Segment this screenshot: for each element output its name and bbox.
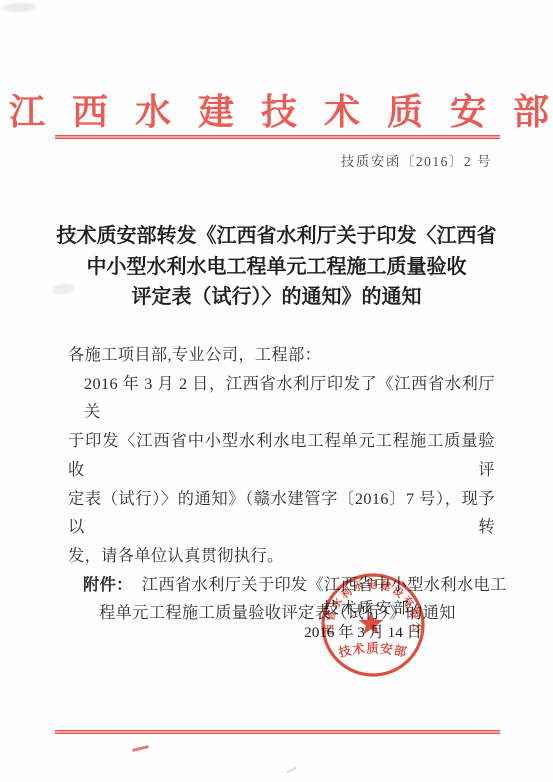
footer-rule: [55, 730, 500, 734]
paragraph-line-2: 于印发〈江西省中小型水利水电工程单元工程施工质量验收评: [68, 427, 495, 484]
star-icon: [359, 611, 384, 635]
scan-smudge-top-left: [2, 2, 36, 12]
title-line-3: 评定表（试行）〉的通知》的通知: [0, 282, 553, 313]
paragraph-line-4: 发，请各单位认真贯彻执行。: [68, 542, 495, 571]
document-page: 江 西 水 建 技 术 质 安 部 技质安函〔2016〕2 号 技术质安部转发《…: [0, 0, 553, 782]
scan-red-mark-2: [286, 767, 297, 773]
org-header: 江 西 水 建 技 术 质 安 部: [0, 84, 553, 135]
salutation: 各施工项目部,专业公司，工程部：: [68, 341, 495, 370]
doc-number: 技质安函〔2016〕2 号: [341, 150, 492, 170]
document-title: 技术质安部转发《江西省水利厅关于印发〈江西省 中小型水利水电工程单元工程施工质量…: [0, 221, 553, 313]
attachment-label: 附件：: [83, 576, 133, 594]
scan-red-mark-1: [132, 745, 149, 752]
paragraph-line-3: 定表（试行）〉的通知》（赣水建管字〔2016〕7 号），现予以转: [68, 485, 495, 542]
seal-bottom-text: 技术质安部: [336, 641, 409, 661]
official-seal: 江西省水利水电建设有限公司 技术质安部: [318, 570, 428, 680]
title-line-1: 技术质安部转发《江西省水利厅关于印发〈江西省: [0, 221, 553, 252]
body-text: 各施工项目部,专业公司，工程部： 2016 年 3 月 2 日，江西省水利厅印发…: [68, 341, 495, 628]
title-line-2: 中小型水利水电工程单元工程施工质量验收: [0, 252, 553, 283]
header-rule: [55, 135, 500, 139]
paragraph-line-1: 2016 年 3 月 2 日，江西省水利厅印发了《江西省水利厅关: [68, 370, 495, 427]
